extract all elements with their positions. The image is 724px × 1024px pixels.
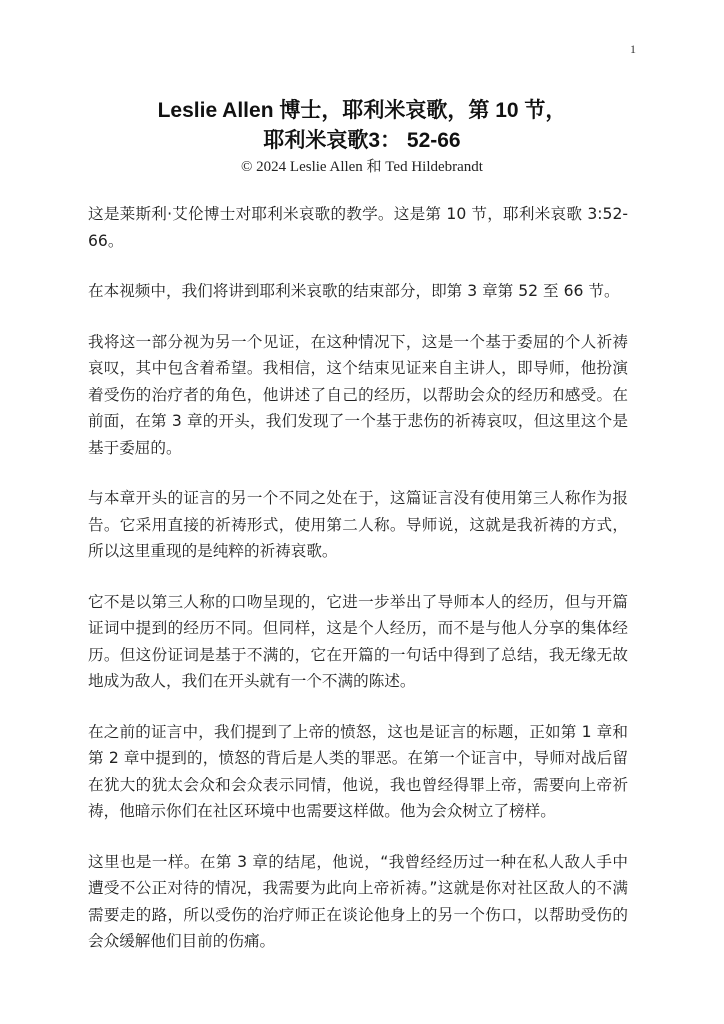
document-header: Leslie Allen 博士，耶利米哀歌，第 10 节， 耶利米哀歌3： 52… [0, 96, 724, 178]
paragraph-6: 在之前的证言中，我们提到了上帝的愤怒，这也是证言的标题，正如第 1 章和第 2 … [88, 719, 628, 825]
document-title-line-2: 耶利米哀歌3： 52-66 [0, 126, 724, 156]
copyright-notice: © 2024 Leslie Allen 和 Ted Hildebrandt [0, 156, 724, 178]
paragraph-1: 这是莱斯利·艾伦博士对耶利米哀歌的教学。这是第 10 节，耶利米哀歌 3:52-… [88, 201, 628, 254]
paragraph-3: 我将这一部分视为另一个见证，在这种情况下，这是一个基于委屈的个人祈祷哀叹，其中包… [88, 329, 628, 462]
paragraph-5: 它不是以第三人称的口吻呈现的，它进一步举出了导师本人的经历，但与开篇证词中提到的… [88, 589, 628, 695]
paragraph-7: 这里也是一样。在第 3 章的结尾，他说，“我曾经经历过一种在私人敌人手中遭受不公… [88, 849, 628, 955]
document-title-line-1: Leslie Allen 博士，耶利米哀歌，第 10 节， [0, 96, 724, 126]
paragraph-4: 与本章开头的证言的另一个不同之处在于，这篇证言没有使用第三人称作为报告。它采用直… [88, 485, 628, 565]
page-number: 1 [630, 42, 636, 57]
paragraph-2: 在本视频中，我们将讲到耶利米哀歌的结束部分，即第 3 章第 52 至 66 节。 [88, 278, 628, 305]
document-body: 这是莱斯利·艾伦博士对耶利米哀歌的教学。这是第 10 节，耶利米哀歌 3:52-… [88, 201, 628, 979]
